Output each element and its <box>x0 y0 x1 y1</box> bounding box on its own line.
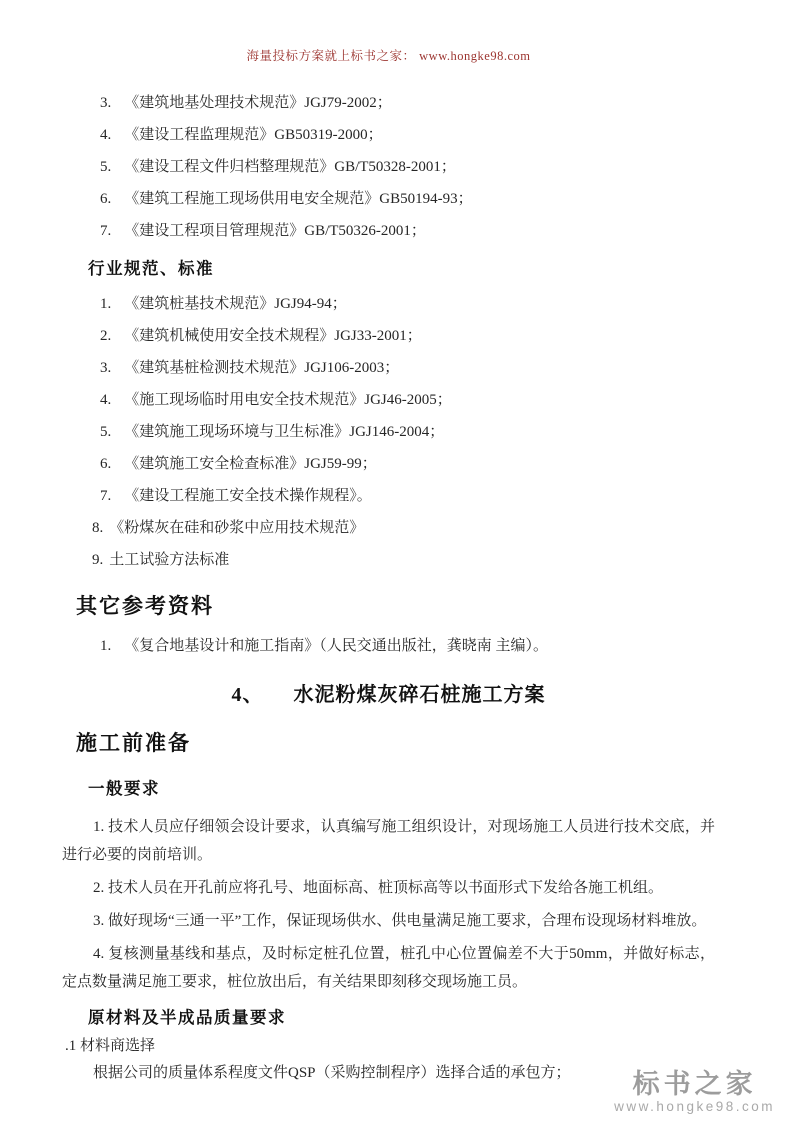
body-paragraph: 2. 技术人员在开孔前应将孔号、地面标高、桩顶标高等以书面形式下发给各施工机组。 <box>62 874 715 902</box>
list-item-text: 《建设工程施工安全技术操作规程》。 <box>124 488 372 504</box>
general-requirements-heading: 一般要求 <box>88 775 715 799</box>
list-item-number: 4. <box>100 392 111 408</box>
list-item-number: 6. <box>100 191 111 207</box>
list-item-text: 《复合地基设计和施工指南》（人民交通出版社，龚晓南 主编）。 <box>124 638 548 654</box>
list-item-number: 4. <box>100 127 111 143</box>
list-item: 7.《建设工程项目管理规范》GB/T50326-2001； <box>100 223 715 239</box>
general-requirements-paragraphs: 1. 技术人员应仔细领会设计要求，认真编写施工组织设计，对现场施工人员进行技术交… <box>62 813 715 996</box>
list-item: 5.《建设工程文件归档整理规范》GB/T50328-2001； <box>100 159 715 175</box>
list-item-number: 6. <box>100 456 111 472</box>
list-item-number: 5. <box>100 424 111 440</box>
industry-standards-list: 1.《建筑桩基技术规范》JGJ94-94； 2.《建筑机械使用安全技术规程》JG… <box>62 296 715 568</box>
other-references-list: 1.《复合地基设计和施工指南》（人民交通出版社，龚晓南 主编）。 <box>62 638 715 654</box>
list-item-text: 《建筑基桩检测技术规范》JGJ106-2003； <box>124 360 399 376</box>
list-item: 4.《建设工程监理规范》GB50319-2000； <box>100 127 715 143</box>
list-item-text: 《建设工程文件归档整理规范》GB/T50328-2001； <box>124 159 456 175</box>
page-content: 海量投标方案就上标书之家： www.hongke98.com 3.《建筑地基处理… <box>0 0 793 1086</box>
list-item-number: 5. <box>100 159 111 175</box>
list-item-text: 《建筑机械使用安全技术规程》JGJ33-2001； <box>124 328 422 344</box>
materials-quality-heading: 原材料及半成品质量要求 <box>88 1004 715 1028</box>
body-paragraph: 3. 做好现场“三通一平”工作，保证现场供水、供电量满足施工要求，合理布设现场材… <box>62 907 715 935</box>
list-item: 2.《建筑机械使用安全技术规程》JGJ33-2001； <box>100 328 715 344</box>
list-item: 1.《建筑桩基技术规范》JGJ94-94； <box>100 296 715 312</box>
list-item: 4.《施工现场临时用电安全技术规范》JGJ46-2005； <box>100 392 715 408</box>
national-standards-list: 3.《建筑地基处理技术规范》JGJ79-2002； 4.《建设工程监理规范》GB… <box>62 95 715 239</box>
list-item-number: 9. <box>92 552 103 568</box>
industry-standards-heading: 行业规范、标准 <box>88 255 715 279</box>
list-item-number: 1. <box>100 638 111 654</box>
list-item-number: 8. <box>92 520 103 536</box>
list-item-text: 《建筑桩基技术规范》JGJ94-94； <box>124 296 347 312</box>
list-item: 6.《建筑施工安全检查标准》JGJ59-99； <box>100 456 715 472</box>
body-paragraph: 4. 复核测量基线和基点，及时标定桩孔位置，桩孔中心位置偏差不大于50mm，并做… <box>62 940 715 996</box>
watermark: 标书之家 www.hongke98.com <box>614 1070 775 1114</box>
list-item: 1.《复合地基设计和施工指南》（人民交通出版社，龚晓南 主编）。 <box>100 638 715 654</box>
section-number: 4、 <box>232 684 264 706</box>
list-item: 7.《建设工程施工安全技术操作规程》。 <box>100 488 715 504</box>
list-item-text: 《建筑施工安全检查标准》JGJ59-99； <box>124 456 377 472</box>
list-item-number: 2. <box>100 328 111 344</box>
list-item: 8.《粉煤灰在硅和砂浆中应用技术规范》 <box>92 520 715 536</box>
body-paragraph: 1. 技术人员应仔细领会设计要求，认真编写施工组织设计，对现场施工人员进行技术交… <box>62 813 715 869</box>
list-item-number: 3. <box>100 95 111 111</box>
list-item-text: 《建设工程监理规范》GB50319-2000； <box>124 127 382 143</box>
list-item: 9.土工试验方法标准 <box>92 552 715 568</box>
list-item-text: 土工试验方法标准 <box>109 552 229 568</box>
list-item: 5.《建筑施工现场环境与卫生标准》JGJ146-2004； <box>100 424 715 440</box>
list-item: 3.《建筑基桩检测技术规范》JGJ106-2003； <box>100 360 715 376</box>
list-item-text: 《建设工程项目管理规范》GB/T50326-2001； <box>124 223 426 239</box>
list-item-text: 《建筑施工现场环境与卫生标准》JGJ146-2004； <box>124 424 444 440</box>
watermark-brand-text: 标书之家 <box>614 1070 775 1098</box>
list-item-text: 《建筑地基处理技术规范》JGJ79-2002； <box>124 95 392 111</box>
list-item: 6.《建筑工程施工现场供用电安全规范》GB50194-93； <box>100 191 715 207</box>
page-header-notice: 海量投标方案就上标书之家： www.hongke98.com <box>62 46 715 64</box>
list-item-number: 7. <box>100 223 111 239</box>
document-page: 海量投标方案就上标书之家： www.hongke98.com 3.《建筑地基处理… <box>0 0 793 1122</box>
materials-sub-item: .1 材料商选择 <box>65 1034 715 1058</box>
list-item-number: 1. <box>100 296 111 312</box>
pre-construction-heading: 施工前准备 <box>76 727 715 757</box>
watermark-url-text: www.hongke98.com <box>614 1099 775 1114</box>
section-title-text: 水泥粉煤灰碎石桩施工方案 <box>294 684 546 706</box>
list-item-text: 《建筑工程施工现场供用电安全规范》GB50194-93； <box>124 191 472 207</box>
list-item-number: 3. <box>100 360 111 376</box>
list-item-text: 《施工现场临时用电安全技术规范》JGJ46-2005； <box>124 392 452 408</box>
other-references-heading: 其它参考资料 <box>76 590 715 620</box>
list-item: 3.《建筑地基处理技术规范》JGJ79-2002； <box>100 95 715 111</box>
list-item-number: 7. <box>100 488 111 504</box>
list-item-text: 《粉煤灰在硅和砂浆中应用技术规范》 <box>109 520 364 536</box>
section-4-title: 4、水泥粉煤灰碎石桩施工方案 <box>62 678 715 707</box>
